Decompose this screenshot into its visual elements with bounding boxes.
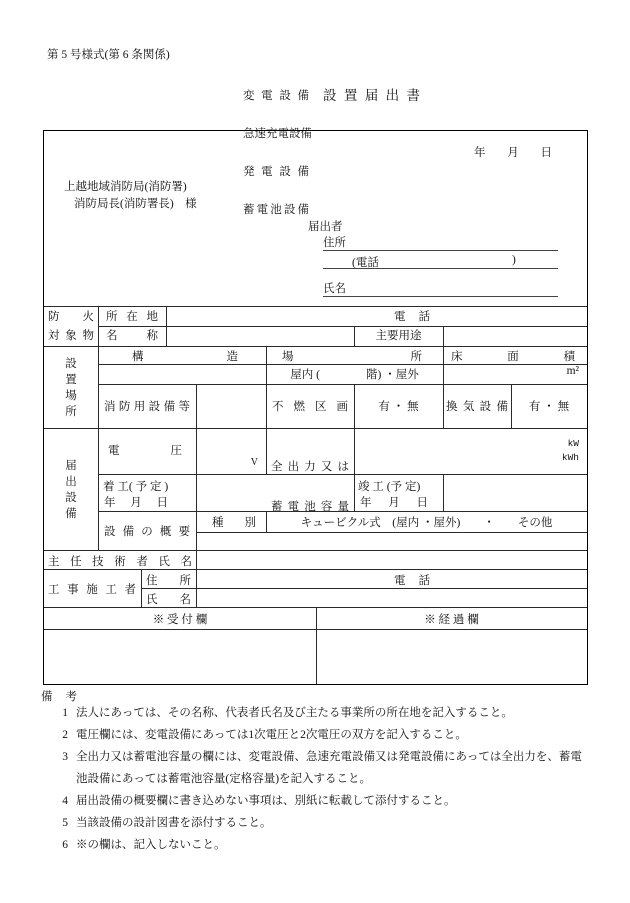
field-main-use[interactable]: [445, 327, 585, 345]
noncombustible-label: 不燃区画: [272, 398, 348, 414]
grid-line-v: [166, 306, 167, 346]
equipment-type-transformer: 変電設備: [243, 87, 309, 101]
notifier-phone-line[interactable]: [323, 268, 558, 269]
fire-object-label-line1: 防火: [48, 308, 94, 324]
field-contractor-name[interactable]: [198, 589, 585, 606]
note-item: 2 電圧欄には、変電設備にあっては1次電圧と2次電圧の双方を記入すること。: [56, 724, 591, 746]
form-number: 第 5 号様式(第 6 条関係): [47, 46, 170, 62]
box-reception[interactable]: [44, 630, 315, 683]
progress-column-header: ※ 経 過 欄: [316, 611, 587, 627]
field-fire-equipment[interactable]: [198, 386, 264, 426]
grid-line-v: [443, 474, 444, 511]
start-date-label-line1: 着 工( 予 定 ): [103, 478, 168, 494]
note-text: ※の欄は、記入しないこと。: [76, 834, 584, 856]
notifier-phone-close: ): [512, 254, 516, 266]
grid-line-v: [141, 569, 142, 607]
note-item: 6 ※の欄は、記入しないこと。: [56, 834, 591, 856]
note-item: 4 届出設備の概要欄に書き込めない事項は、別紙に転載して添付すること。: [56, 790, 591, 812]
contractor-phone-label: 電話: [394, 572, 430, 588]
field-site-address[interactable]: [168, 307, 388, 325]
grid-line-v: [443, 326, 444, 428]
ventilation-option[interactable]: 有 ・ 無: [511, 398, 587, 414]
notifier-label: 届出者: [308, 218, 343, 234]
install-site-label: 設置場所: [44, 355, 98, 419]
site-address-label: 所在地: [106, 308, 158, 324]
notifier-address-label: 住所: [323, 234, 346, 250]
note-text: 電圧欄には、変電設備にあっては1次電圧と2次電圧の双方を記入すること。: [76, 724, 584, 746]
box-progress[interactable]: [317, 630, 587, 683]
type-label: 種別: [212, 514, 256, 530]
main-use-label: 主要用途: [354, 327, 443, 343]
sqm-unit: m²: [443, 365, 579, 377]
addressee-line2: 消防局長(消防署長) 様: [74, 195, 197, 211]
notifier-name-line[interactable]: [323, 296, 558, 297]
note-number: 5: [56, 812, 68, 834]
note-item: 1 法人にあっては、その名称、代表者氏名及び主たる事業所の所在地を記入すること。: [56, 702, 591, 724]
contractor-address-label: 住所: [146, 572, 191, 588]
date-line: 年月日: [474, 144, 552, 160]
floor-area-header: 床面積: [451, 348, 575, 364]
note-number: 1: [56, 702, 68, 724]
field-chief-engineer[interactable]: [198, 551, 585, 568]
contractor-label: 工事施工者: [48, 581, 136, 597]
overview-label: 設備の概要: [104, 523, 190, 539]
field-contractor-address[interactable]: [198, 570, 388, 587]
fire-equipment-label: 消防用設備等: [104, 398, 190, 414]
field-overview[interactable]: [198, 533, 585, 549]
grid-line-v: [98, 306, 99, 550]
grid-line-v: [196, 384, 197, 607]
page-title: 設置届出書: [323, 84, 420, 104]
grid-line-h: [44, 346, 587, 347]
place-header: 場所: [282, 348, 422, 364]
form-box: 年月日 上越地域消防局(消防署) 消防局長(消防署長) 様 届出者 住所 (電話…: [43, 130, 588, 685]
notes-list: 1 法人にあっては、その名称、代表者氏名及び主たる事業所の所在地を記入すること。…: [56, 702, 591, 856]
reception-column-header: ※ 受 付 欄: [44, 611, 316, 627]
field-structure[interactable]: [100, 365, 264, 383]
noncombustible-option[interactable]: 有 ・ 無: [354, 398, 443, 414]
field-site-name[interactable]: [168, 327, 352, 345]
note-text: 法人にあっては、その名称、代表者氏名及び主たる事業所の所在地を記入すること。: [76, 702, 584, 724]
completion-date-label-line1: 竣 工 (予 定): [358, 478, 420, 494]
form-page: 第 5 号様式(第 6 条関係) 変電設備 急速充電設備 発電設備 蓄電池設備 …: [0, 0, 630, 903]
chief-engineer-label: 主任技術者氏名: [48, 553, 192, 569]
indoor-outdoor-option[interactable]: 屋内 ( 階) ・屋外: [266, 366, 443, 382]
voltage-label: 電圧: [108, 442, 182, 458]
start-date-label-line2: 年月日: [104, 494, 168, 510]
addressee-line1: 上越地域消防局(消防署): [64, 178, 187, 194]
structure-header: 構造: [132, 348, 238, 364]
notifier-name-label: 氏名: [323, 280, 346, 296]
site-phone-label: 電話: [394, 308, 430, 324]
note-number: 6: [56, 834, 68, 856]
contractor-name-label: 氏名: [146, 591, 191, 607]
note-text: 全出力又は蓄電池容量の欄には、変電設備、急速充電設備又は発電設備にあっては全出力…: [76, 746, 584, 790]
field-output[interactable]: [356, 430, 536, 472]
equipment-label: 届出設備: [44, 457, 98, 521]
notifier-address-line[interactable]: [323, 250, 558, 251]
ventilation-label: 換気設備: [446, 398, 508, 414]
type-options[interactable]: キュービクル式 (屋内 ・屋外) ・ その他: [266, 514, 587, 530]
field-completion-date[interactable]: [445, 476, 585, 509]
grid-line-h: [44, 428, 587, 429]
grid-line-h: [98, 384, 587, 385]
note-number: 4: [56, 790, 68, 812]
site-name-label: 名称: [106, 327, 158, 343]
note-item: 5 当該設備の設計図書を添付すること。: [56, 812, 591, 834]
note-number: 2: [56, 724, 68, 746]
note-text: 当該設備の設計図書を添付すること。: [76, 812, 584, 834]
note-text: 届出設備の概要欄に書き込めない事項は、別紙に転載して添付すること。: [76, 790, 584, 812]
field-voltage[interactable]: [198, 430, 264, 456]
field-start-date[interactable]: [198, 476, 352, 509]
volt-unit: V: [196, 457, 258, 468]
completion-date-label-line2: 年月日: [360, 494, 428, 510]
fire-object-label-line2: 対象物: [48, 327, 94, 343]
note-item: 3 全出力又は蓄電池容量の欄には、変電設備、急速充電設備又は発電設備にあっては全…: [56, 746, 591, 790]
output-label-line1: 全出力又は: [271, 458, 349, 474]
note-number: 3: [56, 746, 68, 790]
